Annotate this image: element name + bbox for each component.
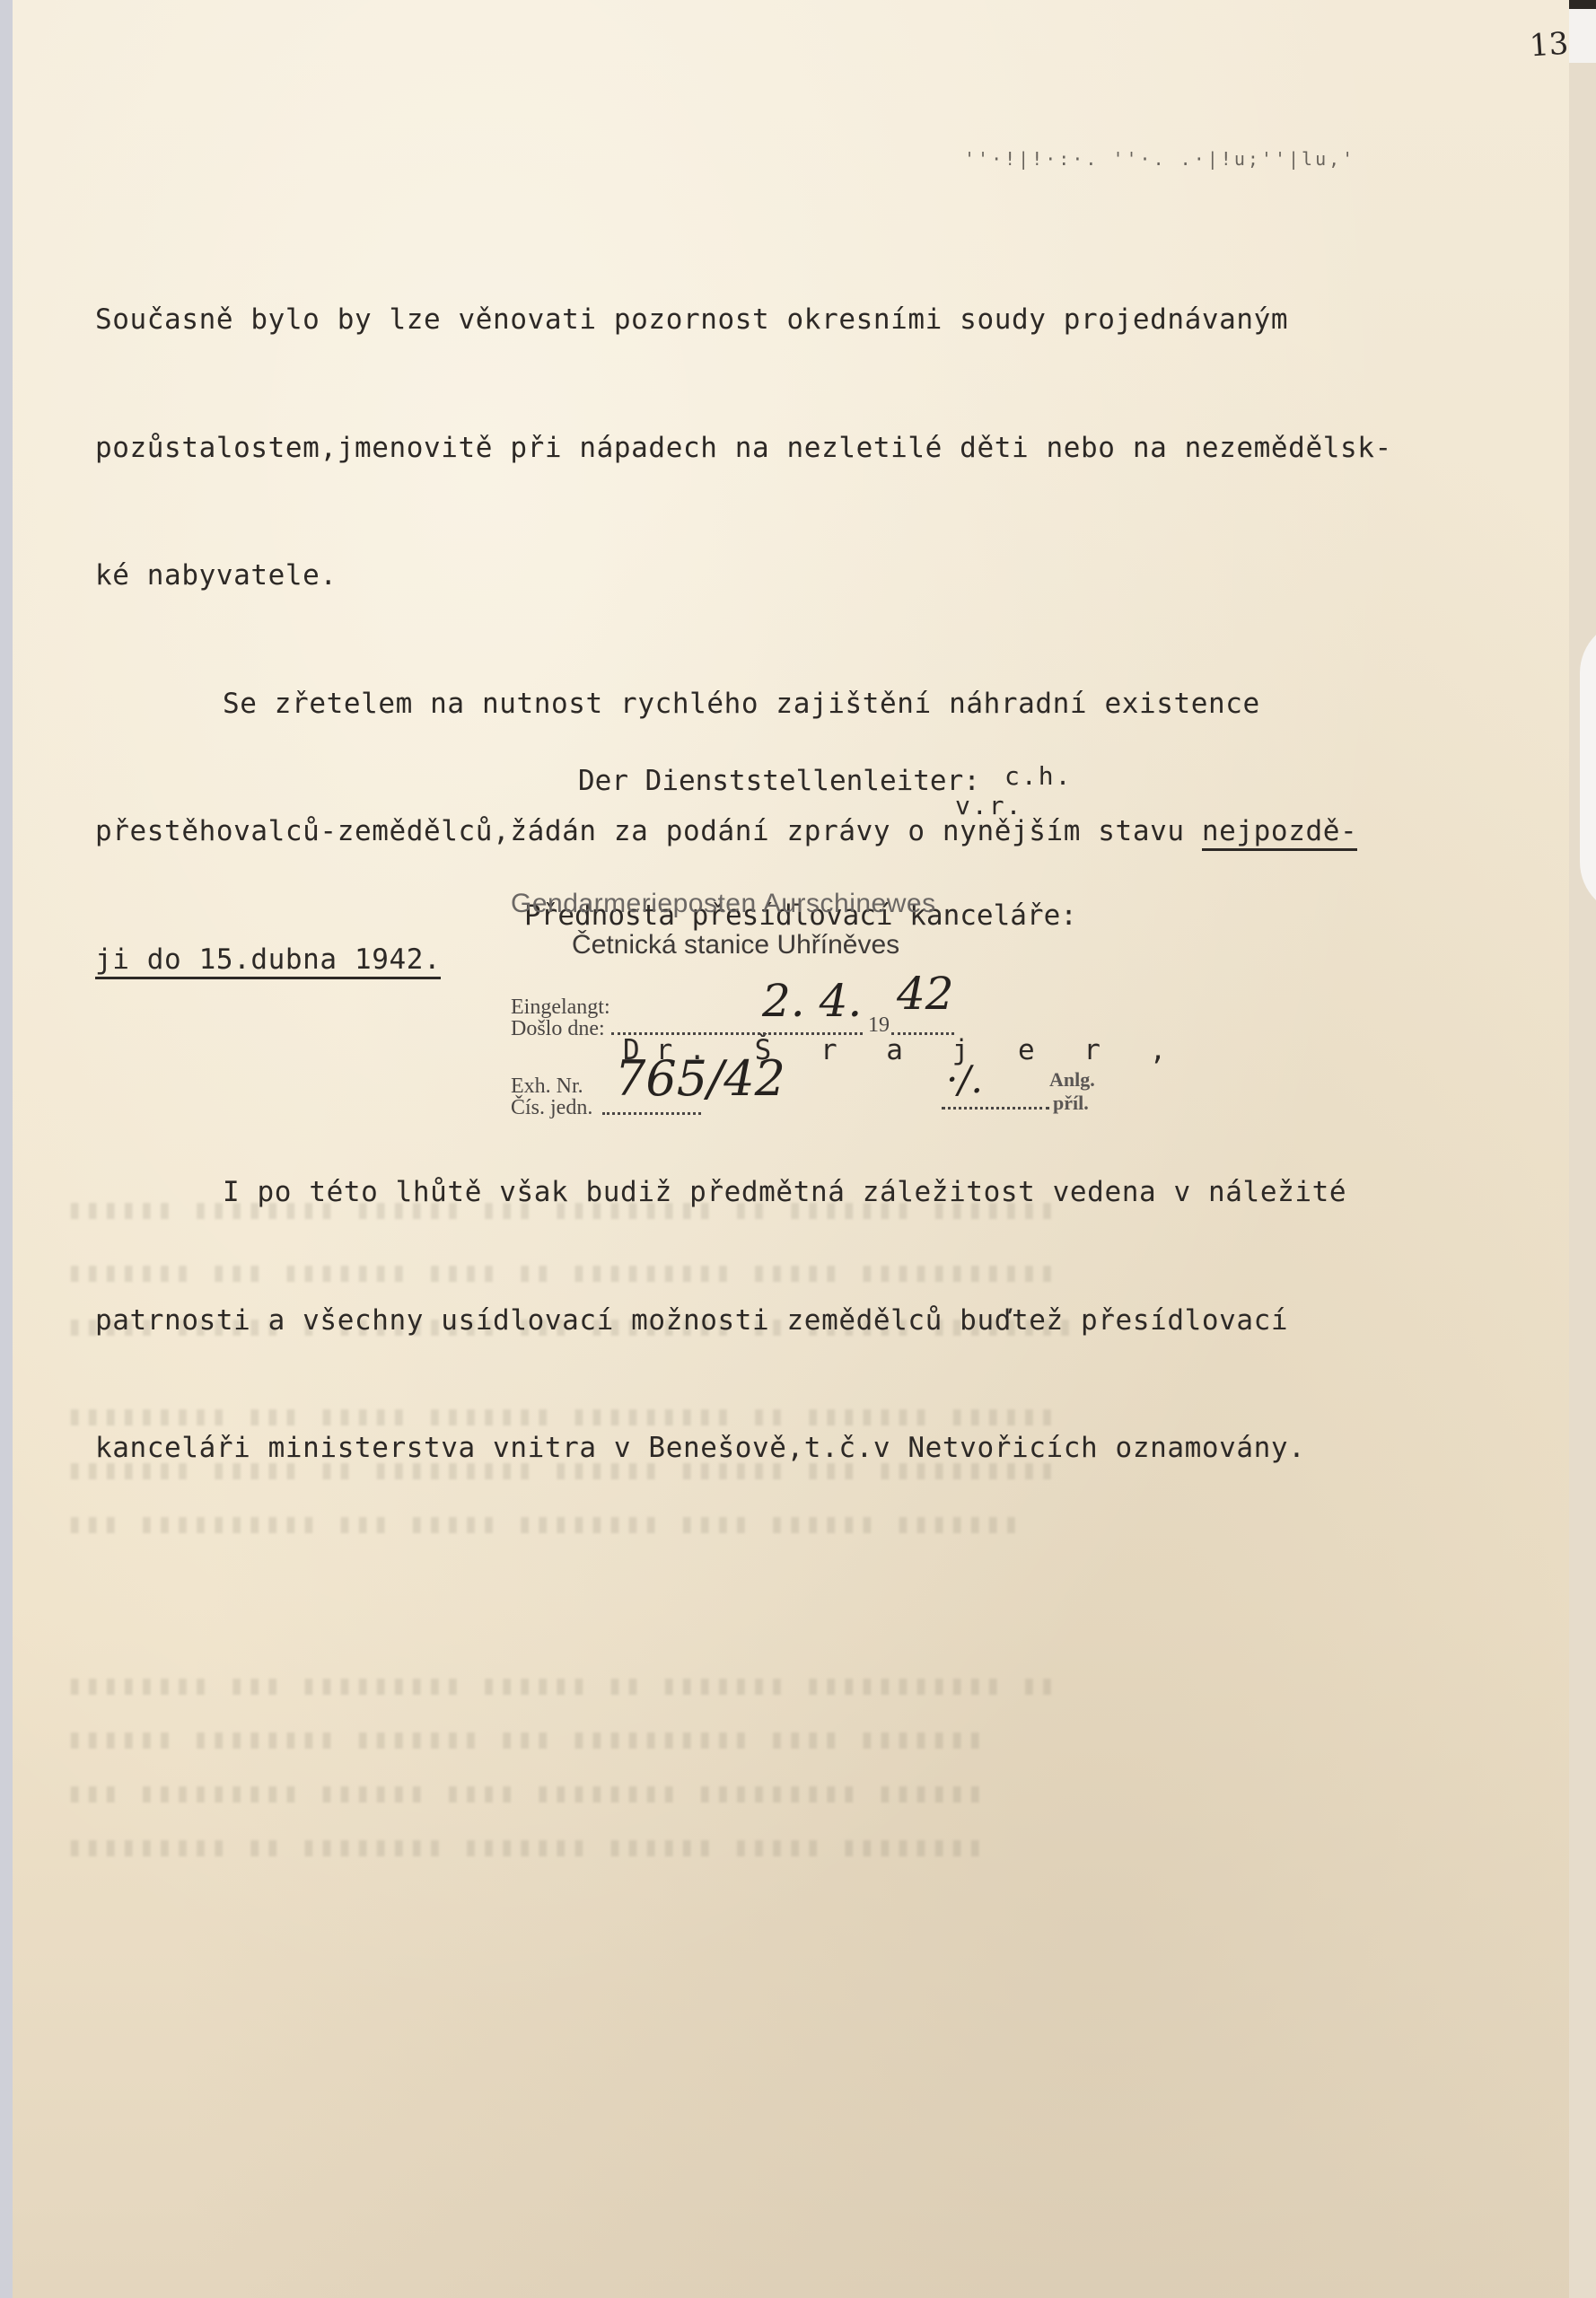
body-line: pozůstalostem,jmenovitě při nápadech na … <box>95 427 1549 470</box>
signature-title-de: Der Dienststellenleiter: <box>524 759 1182 803</box>
underlined-deadline: ji do 15.dubna 1942. <box>95 943 441 979</box>
bleed-through-text: ▮▮▮▮▮▮ ▮▮▮▮▮▮▮▮ ▮▮▮▮▮▮▮ ▮▮▮ ▮▮▮▮▮▮▮▮▮▮ ▮… <box>66 1723 1533 1755</box>
stamp-attachments-label-de: Anlg. <box>1049 1068 1095 1092</box>
body-line: kanceláři ministerstva vnitra v Benešově… <box>95 1427 1549 1470</box>
received-date-handwritten: 2. 4. <box>762 975 862 1027</box>
year-dotted-line <box>891 1032 954 1035</box>
exh-dotted-line <box>602 1112 701 1115</box>
stamp-attachments-label-cs: příl. <box>1053 1092 1089 1115</box>
body-line: ké nabyvatele. <box>95 555 1549 598</box>
torn-edge <box>1580 619 1596 916</box>
stamp-year-prefix: 19 <box>868 1014 890 1036</box>
document-page: ▮▮▮▮▮▮ ▮▮▮▮▮▮▮▮ ▮▮▮▮▮▮ ▮▮▮ ▮▮▮▮▮▮▮▮▮ ▮▮ … <box>0 0 1569 2298</box>
stamp-exh-label-cs: Čís. jedn. <box>511 1097 592 1118</box>
attachments-handwritten: ·/. <box>946 1057 983 1101</box>
attachments-dotted-line <box>942 1107 1049 1110</box>
body-line: Současně bylo by lze věnovati pozornost … <box>95 299 1549 342</box>
underlined-deadline: nejpozdě- <box>1202 815 1357 851</box>
receipt-stamp: Gendarmerieposten Aurschinewes Četnická … <box>511 889 1157 1140</box>
stamp-station-de: Gendarmerieposten Aurschinewes <box>511 889 936 919</box>
stamp-exh-label-de: Exh. Nr. <box>511 1075 583 1097</box>
scan-background <box>1566 9 1596 63</box>
exh-number-handwritten: 765/42 <box>615 1050 785 1107</box>
bleed-through-text: ▮▮▮▮▮▮▮▮ ▮▮▮ ▮▮▮▮▮▮▮▮▮ ▮▮▮▮▮▮ ▮▮ ▮▮▮▮▮▮▮… <box>66 1670 1533 1701</box>
stamp-station-cs: Četnická stanice Uhříněves <box>572 930 899 960</box>
stamp-received-label-de: Eingelangt: <box>511 996 610 1018</box>
signature-suffix-bottom: v.r. <box>955 784 1022 829</box>
faint-typed-marks: ''·!|!·:·. ''·. .·|!u;''|lu,' <box>964 148 1355 170</box>
stamp-received-label-cs: Došlo dne: <box>511 1018 605 1039</box>
year-handwritten: 42 <box>897 968 954 1020</box>
folio-number: 13 <box>1529 26 1570 65</box>
bleed-through-text: ▮▮▮ ▮▮▮▮▮▮▮▮▮ ▮▮▮▮▮▮ ▮▮▮▮ ▮▮▮▮▮▮▮▮ ▮▮▮▮▮… <box>66 1777 1533 1809</box>
date-dotted-line <box>611 1032 863 1035</box>
bleed-through-text: ▮▮▮▮▮▮▮▮▮ ▮▮ ▮▮▮▮▮▮▮▮ ▮▮▮▮▮▮▮ ▮▮▮▮▮▮ ▮▮▮… <box>66 1831 1533 1863</box>
body-line: patrnosti a všechny usídlovací možnosti … <box>95 1300 1549 1343</box>
